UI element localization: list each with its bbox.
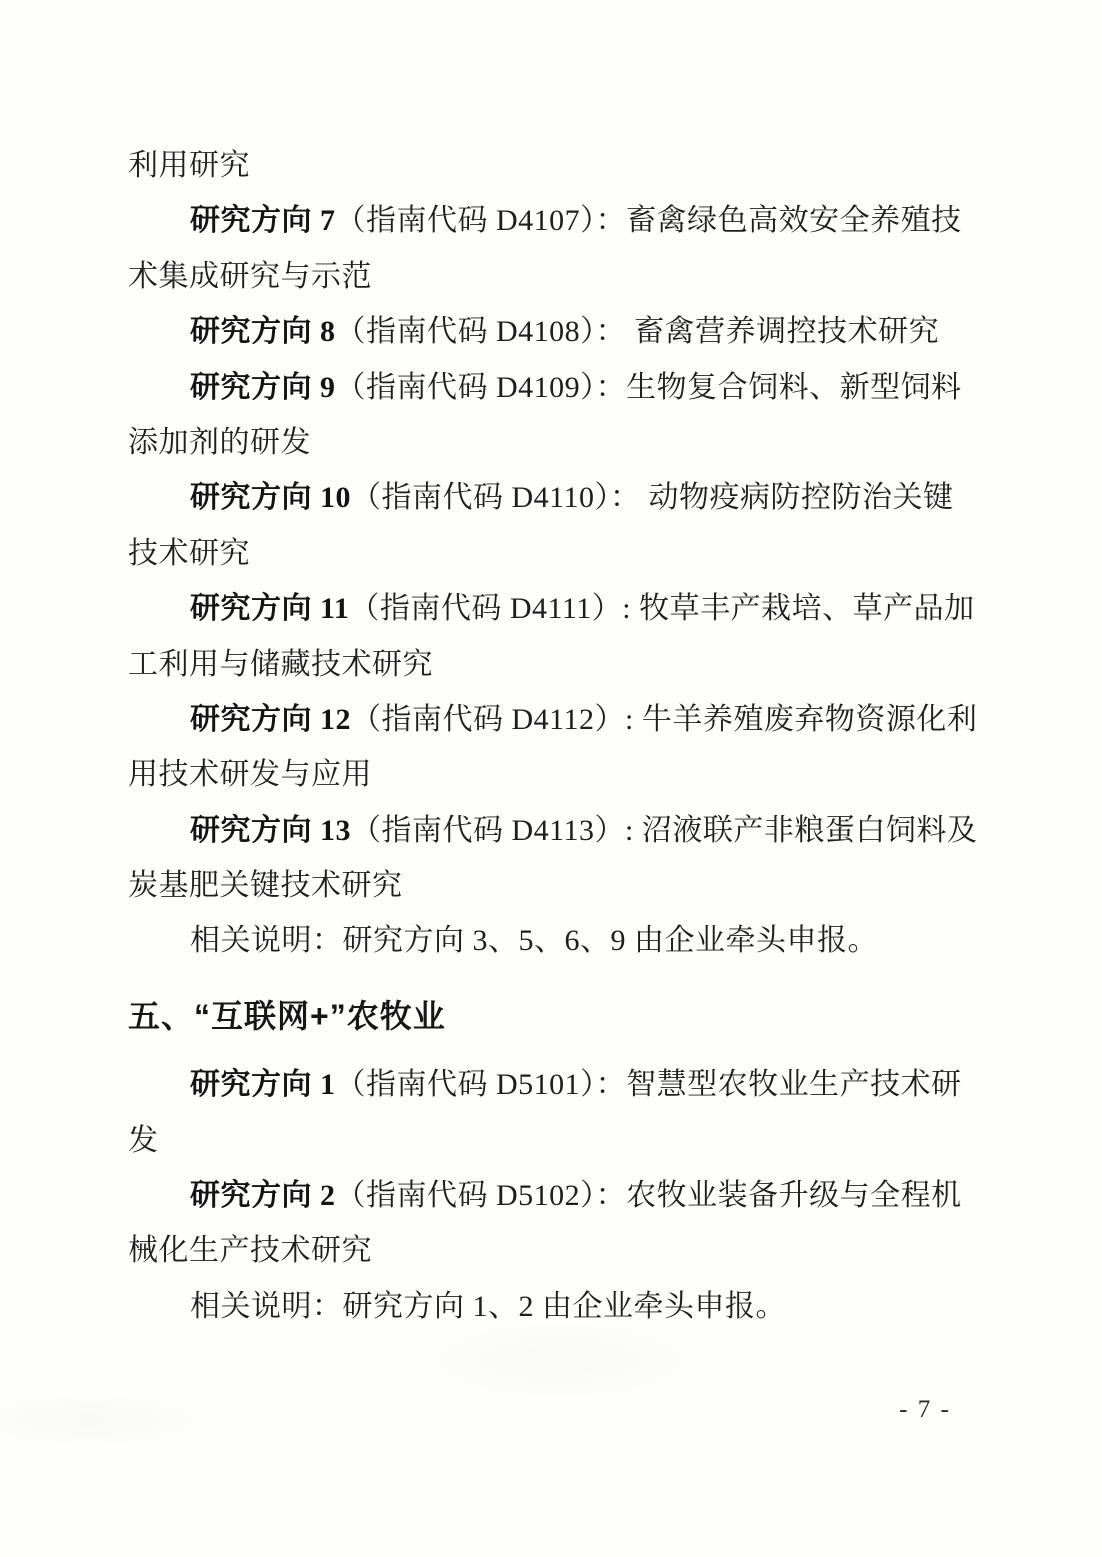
research-direction-label: 研究方向 1 — [190, 1068, 336, 1101]
document-line: 研究方向 13（指南代码 D4113）: 沼液联产非粮蛋白饲料及 — [128, 803, 988, 858]
line-text: （指南代码 D4109）：生物复合饲料、新型饲料 — [336, 371, 962, 404]
document-line: 研究方向 9（指南代码 D4109）：生物复合饲料、新型饲料 — [128, 360, 988, 415]
line-text: 术集成研究与示范 — [128, 260, 372, 293]
research-direction-label: 研究方向 10 — [190, 481, 351, 514]
research-direction-label: 研究方向 8 — [190, 315, 336, 348]
document-line: 相关说明：研究方向 1、2 由企业牵头申报。 — [128, 1279, 988, 1334]
line-text: 用技术研发与应用 — [128, 758, 372, 791]
page-number: - 7 - — [880, 1396, 970, 1424]
research-direction-label: 研究方向 13 — [190, 814, 351, 847]
document-line: 研究方向 11（指南代码 D4111）: 牧草丰产栽培、草产品加 — [128, 581, 988, 636]
research-direction-label: 研究方向 11 — [190, 592, 349, 625]
line-text: 五、“互联网+”农牧业 — [128, 998, 446, 1034]
line-text: 发 — [128, 1124, 159, 1157]
research-direction-label: 研究方向 7 — [190, 204, 336, 237]
document-line: 研究方向 12（指南代码 D4112）: 牛羊养殖废弃物资源化利 — [128, 692, 988, 747]
document-body: 利用研究 研究方向 7（指南代码 D4107）：畜禽绿色高效安全养殖技 术集成研… — [128, 138, 988, 1334]
document-line: 术集成研究与示范 — [128, 249, 988, 304]
document-line: 相关说明：研究方向 3、5、6、9 由企业牵头申报。 — [128, 913, 988, 968]
line-text: （指南代码 D4111）: 牧草丰产栽培、草产品加 — [349, 592, 974, 625]
research-direction-label: 研究方向 12 — [190, 703, 351, 736]
line-text: 工利用与储藏技术研究 — [128, 648, 433, 681]
document-line: 研究方向 8（指南代码 D4108）： 畜禽营养调控技术研究 — [128, 304, 988, 359]
document-line: 工利用与储藏技术研究 — [128, 637, 988, 692]
document-line: 利用研究 — [128, 138, 988, 193]
research-direction-label: 研究方向 9 — [190, 371, 336, 404]
document-line: 添加剂的研发 — [128, 415, 988, 470]
document-line: 研究方向 10（指南代码 D4110）： 动物疫病防控防治关键 — [128, 470, 988, 525]
section-heading: 五、“互联网+”农牧业 — [128, 989, 988, 1044]
document-line: 研究方向 1（指南代码 D5101）：智慧型农牧业生产技术研 — [128, 1057, 988, 1112]
line-text: （指南代码 D5101）：智慧型农牧业生产技术研 — [336, 1068, 962, 1101]
scanned-page: 利用研究 研究方向 7（指南代码 D4107）：畜禽绿色高效安全养殖技 术集成研… — [0, 0, 1102, 1557]
line-text: （指南代码 D4110）： 动物疫病防控防治关键 — [351, 481, 954, 514]
document-line: 发 — [128, 1113, 988, 1168]
line-text: 技术研究 — [128, 537, 250, 570]
line-text: 添加剂的研发 — [128, 426, 311, 459]
line-text: （指南代码 D4113）: 沼液联产非粮蛋白饲料及 — [351, 814, 977, 847]
research-direction-label: 研究方向 2 — [190, 1179, 336, 1212]
line-text: 利用研究 — [128, 149, 250, 182]
line-text: 炭基肥关键技术研究 — [128, 869, 403, 902]
document-line: 技术研究 — [128, 526, 988, 581]
line-text: （指南代码 D4108）： 畜禽营养调控技术研究 — [336, 315, 940, 348]
document-line: 炭基肥关键技术研究 — [128, 858, 988, 913]
line-text: 相关说明：研究方向 1、2 由企业牵头申报。 — [190, 1290, 786, 1323]
document-line: 研究方向 2（指南代码 D5102）：农牧业装备升级与全程机 — [128, 1168, 988, 1223]
document-line: 械化生产技术研究 — [128, 1223, 988, 1278]
line-text: （指南代码 D5102）：农牧业装备升级与全程机 — [336, 1179, 962, 1212]
document-line: 研究方向 7（指南代码 D4107）：畜禽绿色高效安全养殖技 — [128, 193, 988, 248]
line-text: 相关说明：研究方向 3、5、6、9 由企业牵头申报。 — [190, 924, 878, 957]
line-text: （指南代码 D4112）: 牛羊养殖废弃物资源化利 — [351, 703, 977, 736]
line-text: （指南代码 D4107）：畜禽绿色高效安全养殖技 — [336, 204, 962, 237]
document-line: 用技术研发与应用 — [128, 747, 988, 802]
line-text: 械化生产技术研究 — [128, 1234, 372, 1267]
